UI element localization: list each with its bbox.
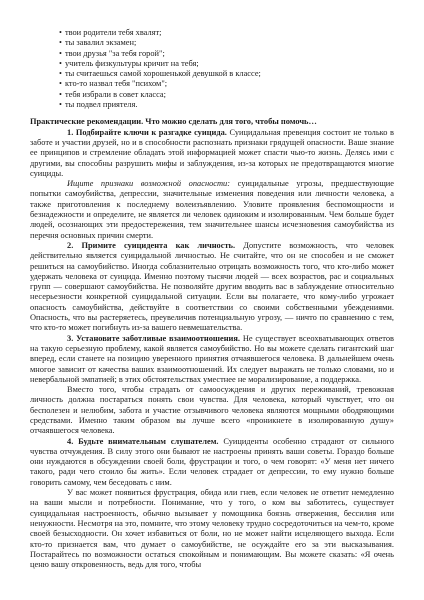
list-item: •ты считаешься самой хорошенькой девушко…: [59, 69, 394, 79]
list-item-text: ты подвел приятеля.: [65, 100, 137, 109]
list-item: •учитель физкультуры кричит на тебя;: [59, 59, 394, 69]
paragraph-lead: 1. Подбирайте ключи к разгадке суицида.: [67, 128, 229, 137]
list-item-text: тебя избрали в совет класса;: [65, 90, 166, 99]
list-item-text: твои друзья "за тебя горой";: [65, 49, 165, 58]
paragraph-lead: 3. Установите заботливые взаимоотношения…: [67, 334, 243, 343]
list-item: •твои родители тебя хвалят;: [59, 28, 394, 38]
paragraph-lead: Ищите признаки возможной опасности:: [67, 179, 238, 188]
bullet-icon: •: [59, 90, 62, 100]
bullet-icon: •: [59, 79, 62, 89]
list-item-text: кто-то назвал тебя "психом";: [65, 79, 167, 88]
bullet-icon: •: [59, 38, 62, 48]
paragraph-text: У вас может появиться фрустрация, обида …: [30, 488, 394, 569]
bullet-icon: •: [59, 28, 62, 38]
paragraph-text: Допустите возможность, что человек дейст…: [30, 241, 394, 332]
paragraph: 3. Установите заботливые взаимоотношения…: [30, 334, 394, 385]
paragraphs-container: 1. Подбирайте ключи к разгадке суицида. …: [30, 128, 394, 571]
list-item-text: учитель физкультуры кричит на тебя;: [65, 59, 199, 68]
bullet-icon: •: [59, 100, 62, 110]
list-item-text: ты считаешься самой хорошенькой девушкой…: [65, 69, 261, 78]
bullet-icon: •: [59, 49, 62, 59]
paragraph: 1. Подбирайте ключи к разгадке суицида. …: [30, 128, 394, 179]
list-item: •твои друзья "за тебя горой";: [59, 49, 394, 59]
list-item: •кто-то назвал тебя "психом";: [59, 79, 394, 89]
bullet-list: •твои родители тебя хвалят; •ты завалил …: [59, 28, 394, 110]
list-item: •тебя избрали в совет класса;: [59, 90, 394, 100]
paragraph-lead: 2. Примите суицидента как личность.: [67, 241, 243, 250]
paragraph: У вас может появиться фрустрация, обида …: [30, 488, 394, 570]
paragraph: Ищите признаки возможной опасности: суиц…: [30, 179, 394, 241]
list-item: •ты завалил экзамен;: [59, 38, 394, 48]
bullet-icon: •: [59, 59, 62, 69]
paragraph: 4. Будьте внимательным слушателем. Суици…: [30, 437, 394, 488]
paragraph-text: суицидальные угрозы, предшествующие попы…: [30, 179, 394, 239]
document-page: •твои родители тебя хвалят; •ты завалил …: [0, 0, 424, 600]
paragraph: Вместо того, чтобы страдать от самоосужд…: [30, 385, 394, 436]
paragraph-text: Вместо того, чтобы страдать от самоосужд…: [30, 385, 394, 435]
list-item-text: ты завалил экзамен;: [65, 38, 136, 47]
list-item-text: твои родители тебя хвалят;: [65, 28, 162, 37]
paragraph: 2. Примите суицидента как личность. Допу…: [30, 241, 394, 334]
list-item: •ты подвел приятеля.: [59, 100, 394, 110]
section-heading: Практические рекомендации. Что можно сде…: [30, 117, 394, 127]
paragraph-lead: 4. Будьте внимательным слушателем.: [67, 437, 223, 446]
bullet-icon: •: [59, 69, 62, 79]
